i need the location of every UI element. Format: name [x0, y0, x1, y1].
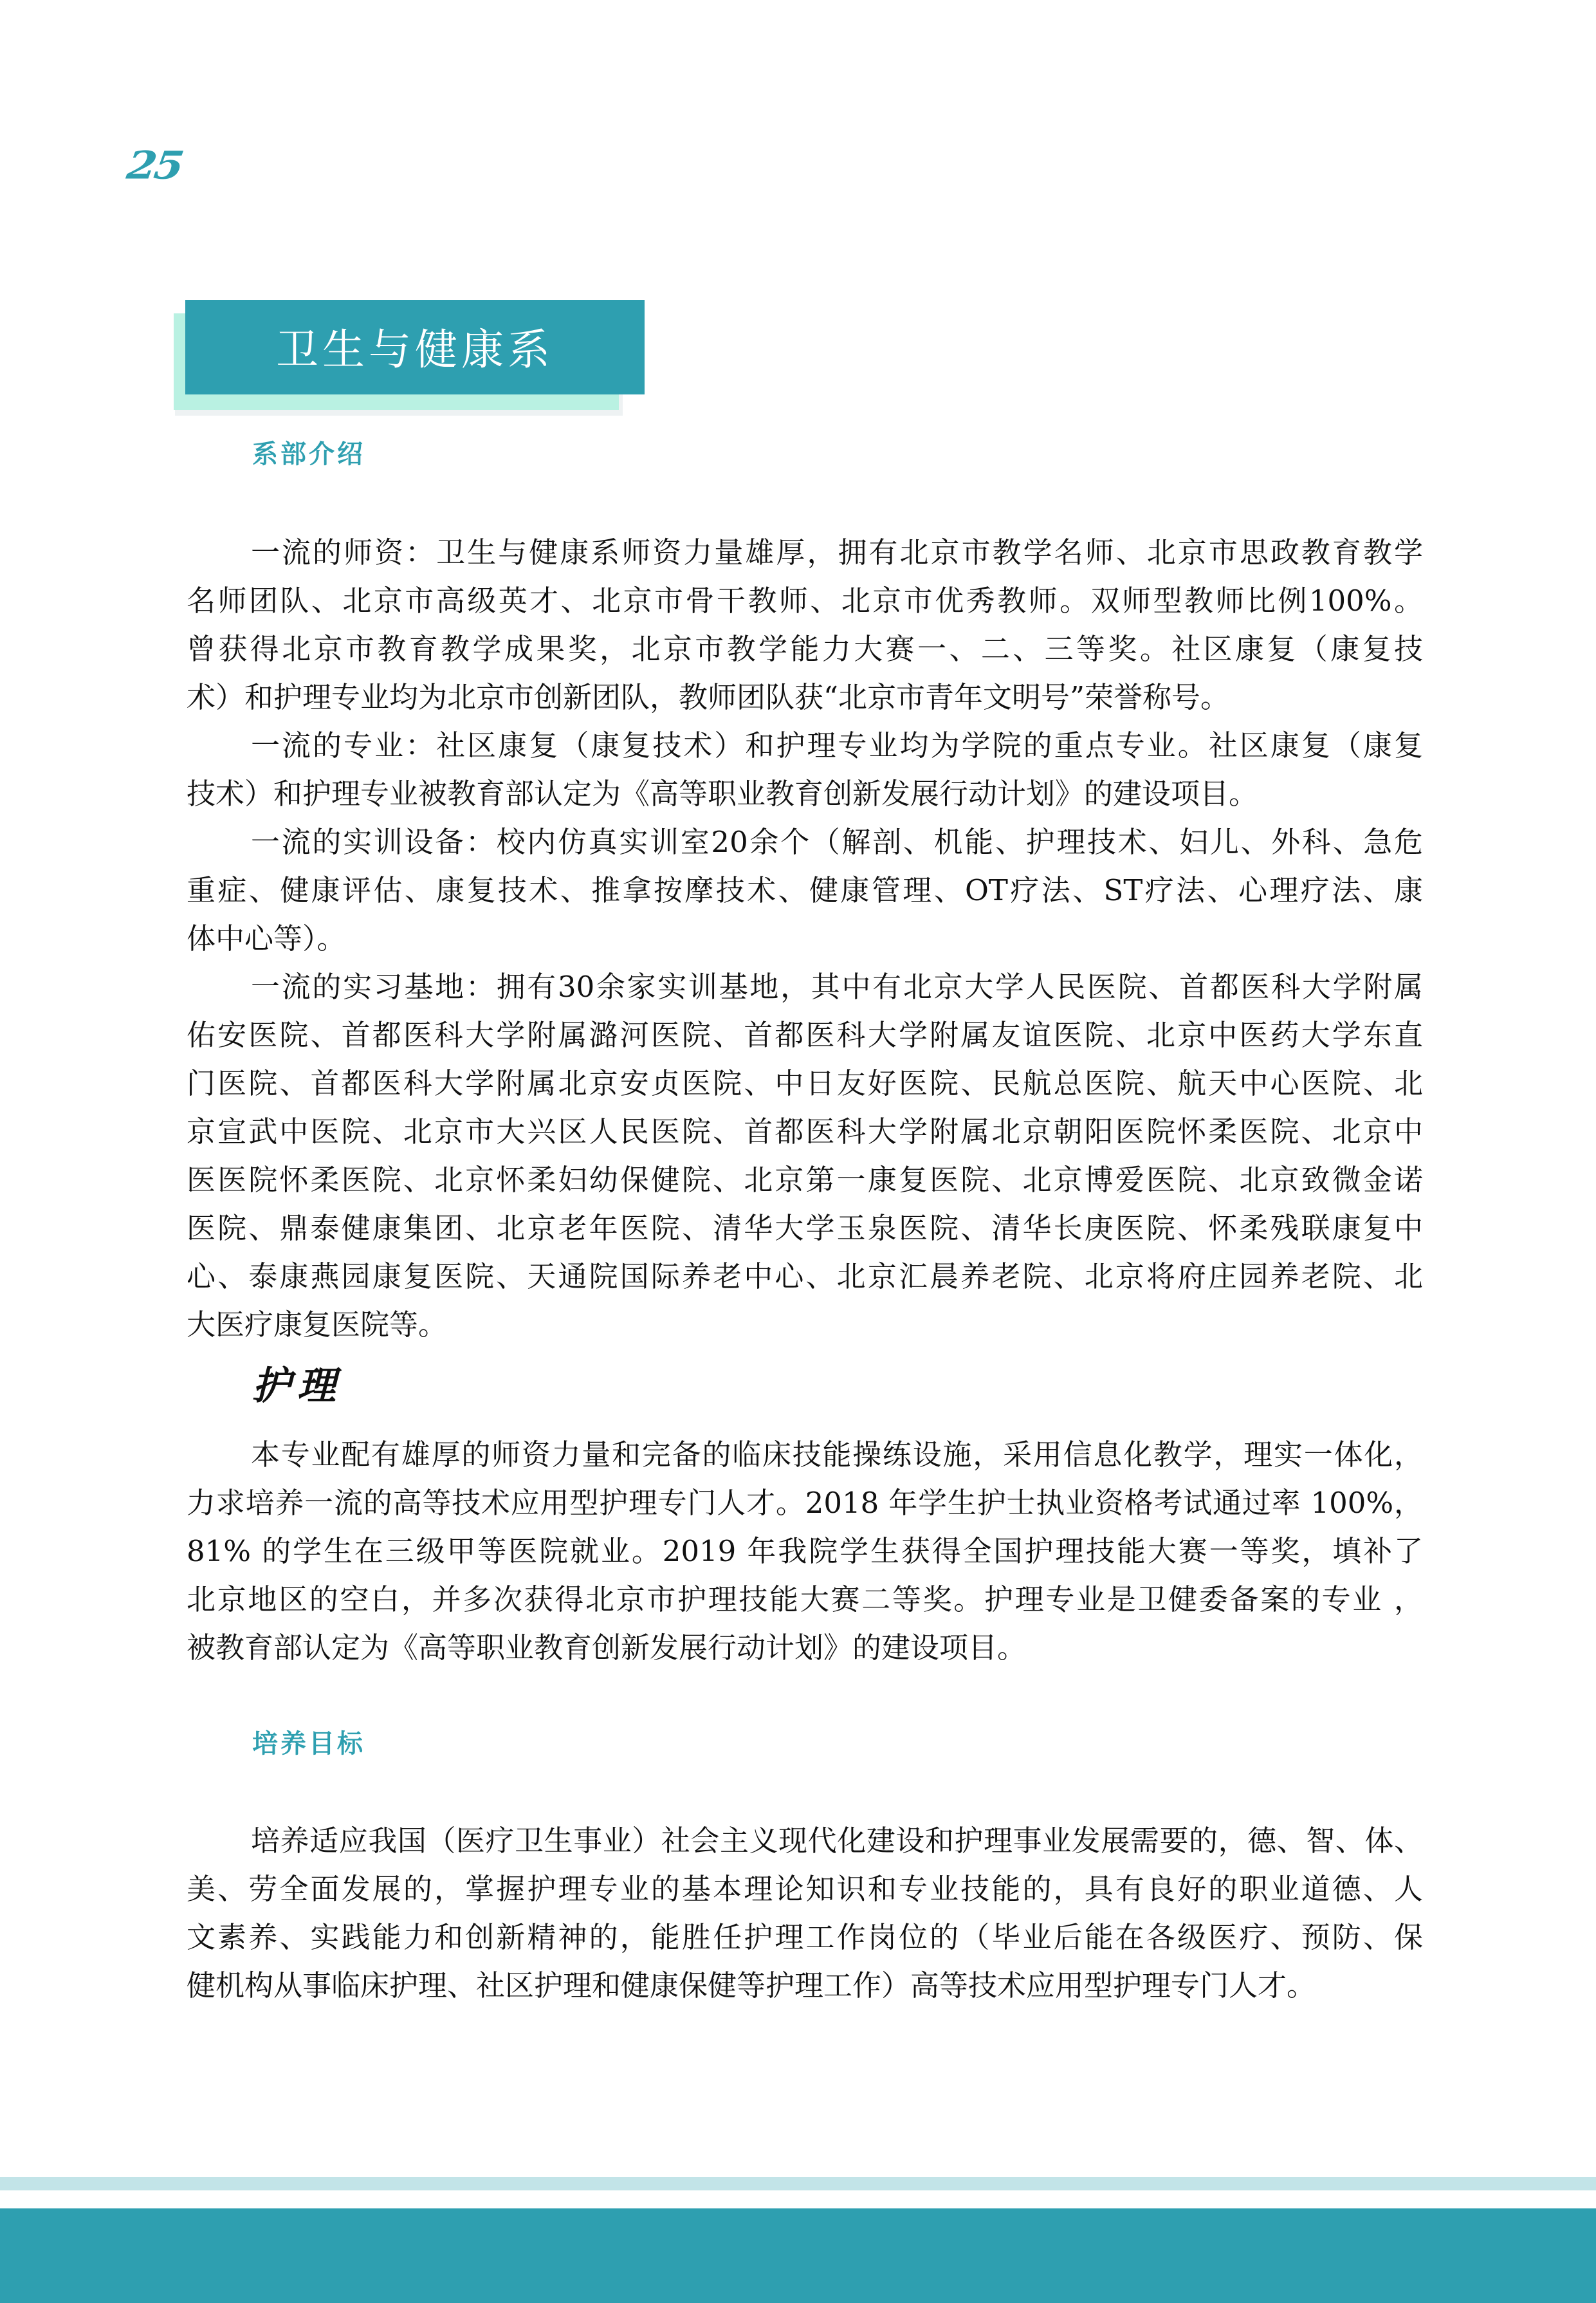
major-heading: 护理 — [252, 1363, 342, 1409]
text-line: 美、劳全面发展的，掌握护理专业的基本理论知识和专业技能的，具有良好的职业道德、人 — [187, 1865, 1423, 1913]
text-line: 佑安医院、首都医科大学附属潞河医院、首都医科大学附属友谊医院、北京中医药大学东直 — [187, 1011, 1423, 1059]
text-line: 北京地区的空白，并多次获得北京市护理技能大赛二等奖。护理专业是卫健委备案的专业 … — [187, 1575, 1423, 1623]
text-line: 医院、鼎泰健康集团、北京老年医院、清华大学玉泉医院、清华长庚医院、怀柔残联康复中 — [187, 1204, 1423, 1252]
text-line: 曾获得北京市教育教学成果奖，北京市教学能力大赛一、二、三等奖。社区康复（康复技 — [187, 625, 1423, 673]
text-line: 技术）和护理专业被教育部认定为《高等职业教育创新发展行动计划》的建设项目。 — [187, 770, 1423, 818]
footer-band-dark — [0, 2208, 1596, 2303]
section-label-intro: 系部介绍 — [252, 439, 365, 470]
text-line: 心、泰康燕园康复医院、天通院国际养老中心、北京汇晨养老院、北京将府庄园养老院、北 — [187, 1252, 1423, 1300]
text-line: 名师团队、北京市高级英才、北京市骨干教师、北京市优秀教师。双师型教师比例100%… — [187, 577, 1423, 625]
text-line: 体中心等）。 — [187, 914, 1423, 963]
text-line: 健机构从事临床护理、社区护理和健康保健等护理工作）高等技术应用型护理专门人才。 — [187, 1961, 1423, 2010]
text-line: 一流的专业：社区康复（康复技术）和护理专业均为学院的重点专业。社区康复（康复 — [187, 721, 1423, 770]
intro-text-block: 一流的师资：卫生与健康系师资力量雄厚，拥有北京市教学名师、北京市思政教育教学名师… — [187, 528, 1423, 1349]
goal-text-block: 培养适应我国（医疗卫生事业）社会主义现代化建设和护理事业发展需要的，德、智、体、… — [187, 1817, 1423, 2010]
text-line: 81% 的学生在三级甲等医院就业。2019 年我院学生获得全国护理技能大赛一等奖… — [187, 1527, 1423, 1575]
department-title-banner: 卫生与健康系 — [185, 300, 645, 394]
text-line: 本专业配有雄厚的师资力量和完备的临床技能操练设施，采用信息化教学，理实一体化， — [187, 1430, 1423, 1479]
text-line: 培养适应我国（医疗卫生事业）社会主义现代化建设和护理事业发展需要的，德、智、体、 — [187, 1817, 1423, 1865]
footer-band-light — [0, 2177, 1596, 2190]
text-line: 一流的实习基地：拥有30余家实训基地，其中有北京大学人民医院、首都医科大学附属 — [187, 963, 1423, 1011]
text-line: 医医院怀柔医院、北京怀柔妇幼保健院、北京第一康复医院、北京博爱医院、北京致微金诺 — [187, 1156, 1423, 1204]
text-line: 一流的实训设备：校内仿真实训室20余个（解剖、机能、护理技术、妇儿、外科、急危 — [187, 818, 1423, 866]
text-line: 一流的师资：卫生与健康系师资力量雄厚，拥有北京市教学名师、北京市思政教育教学 — [187, 528, 1423, 577]
text-line: 被教育部认定为《高等职业教育创新发展行动计划》的建设项目。 — [187, 1623, 1423, 1672]
text-line: 力求培养一流的高等技术应用型护理专门人才。2018 年学生护士执业资格考试通过率… — [187, 1479, 1423, 1527]
page-number: 25 — [125, 145, 185, 186]
text-line: 京宣武中医院、北京市大兴区人民医院、首都医科大学附属北京朝阳医院怀柔医院、北京中 — [187, 1107, 1423, 1156]
department-title: 卫生与健康系 — [276, 315, 554, 376]
text-line: 大医疗康复医院等。 — [187, 1300, 1423, 1349]
text-line: 文素养、实践能力和创新精神的，能胜任护理工作岗位的（毕业后能在各级医疗、预防、保 — [187, 1913, 1423, 1961]
major-description-block: 本专业配有雄厚的师资力量和完备的临床技能操练设施，采用信息化教学，理实一体化，力… — [187, 1430, 1423, 1672]
section-label-goal: 培养目标 — [252, 1728, 365, 1759]
text-line: 门医院、首都医科大学附属北京安贞医院、中日友好医院、民航总医院、航天中心医院、北 — [187, 1059, 1423, 1107]
text-line: 术）和护理专业均为北京市创新团队，教师团队获“北京市青年文明号”荣誉称号。 — [187, 673, 1423, 721]
text-line: 重症、健康评估、康复技术、推拿按摩技术、健康管理、OT疗法、ST疗法、心理疗法、… — [187, 866, 1423, 914]
